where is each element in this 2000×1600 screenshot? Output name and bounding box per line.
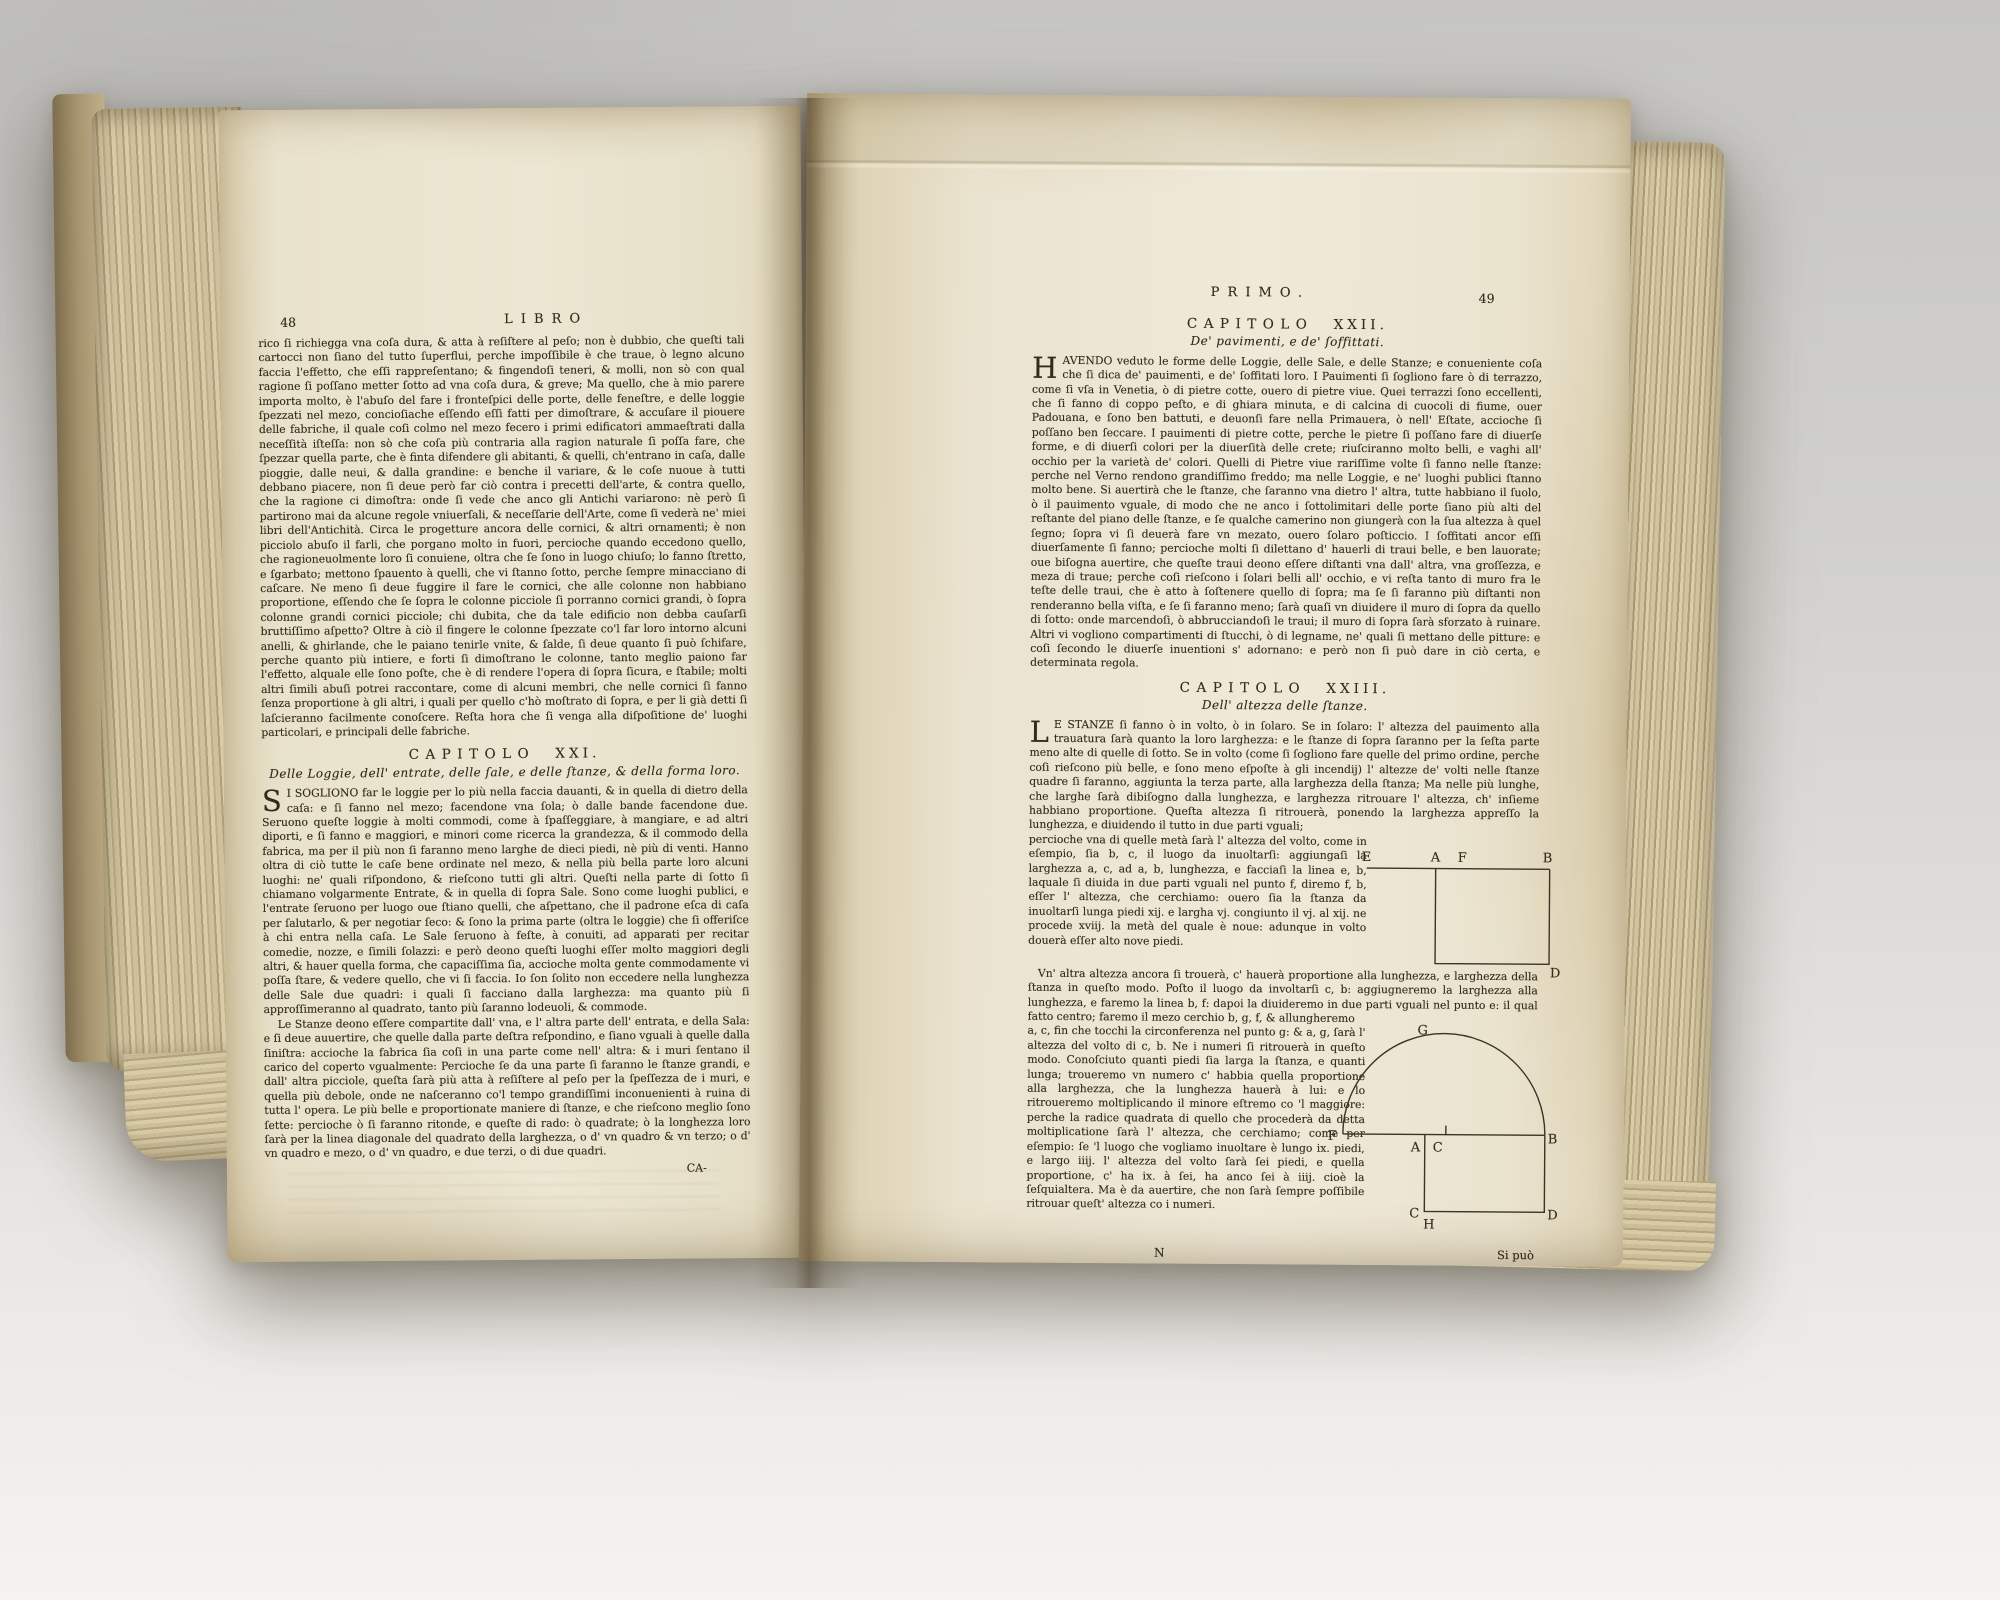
fig1-label-e: E [1362, 850, 1372, 865]
vault-height-diagram-2: G F B A C C H D [1325, 1022, 1563, 1236]
photo-stage: 48 LIBRO rico ſi richiegga vna coſa dura… [0, 0, 2000, 1600]
right-running-head: PRIMO. 49 [1033, 285, 1543, 311]
signature-mark: N [1154, 1246, 1165, 1260]
text-with-figure-2: a, c, fin che tocchi la circonferenza ne… [1026, 1024, 1537, 1242]
dropcap-l: L [1030, 717, 1054, 743]
vault-height-diagram-1: E A F B D [1358, 845, 1561, 980]
right-running-title: PRIMO. [1211, 286, 1310, 301]
fig1-label-f: F [1458, 851, 1467, 866]
fig2-label-a: A [1410, 1141, 1421, 1156]
right-catchword: Si può [1497, 1248, 1534, 1263]
right-page-footline: N Si può [1026, 1243, 1536, 1267]
fig2-label-b: B [1548, 1133, 1558, 1148]
chapter-21-paragraph-1: SI SOGLIONO far le loggie per lo più nel… [262, 783, 750, 1017]
chapter-22-numeral: XXII. [1334, 317, 1389, 333]
dropcap-h: H [1032, 354, 1062, 380]
fig2-label-g: G [1417, 1024, 1427, 1039]
chapter-23-paragraph-2-narrow: a, c, fin che tocchi la circonferenza ne… [1026, 1024, 1365, 1214]
right-text-column: PRIMO. 49 CAPITOLOXXII. De' pavimenti, e… [1026, 285, 1543, 1267]
chapter-23-paragraph-1-narrow: percioche vna di quelle metà ſarà l' alt… [1028, 833, 1367, 951]
book-gutter-shadow [755, 98, 859, 1288]
right-page: PRIMO. 49 CAPITOLOXXII. De' pavimenti, e… [799, 93, 1631, 1267]
fig2-label-d: D [1547, 1209, 1558, 1224]
left-page: 48 LIBRO rico ſi richiegga vna coſa dura… [218, 106, 809, 1263]
left-running-title: LIBRO [504, 312, 588, 327]
chapter-23-numeral: XXIII. [1326, 681, 1390, 697]
left-text-column: 48 LIBRO rico ſi richiegga vna coſa dura… [258, 311, 751, 1179]
right-page-number: 49 [1479, 292, 1495, 307]
chapter-21-heading: CAPITOLOXXI. [262, 746, 748, 764]
text-with-figure-1: percioche vna di quelle metà ſarà l' alt… [1028, 833, 1539, 971]
fig1-label-a: A [1430, 850, 1441, 865]
chapter-23-subtitle: Dell' altezza delle ſtanze. [1030, 697, 1540, 715]
chapter-22-heading: CAPITOLOXXII. [1032, 316, 1542, 334]
left-running-head: 48 LIBRO [258, 311, 744, 337]
chapter-22-subtitle: De' pavimenti, e de' ſoffittati. [1032, 333, 1542, 351]
left-page-number: 48 [280, 316, 296, 331]
open-book: 48 LIBRO rico ſi richiegga vna coſa dura… [55, 50, 1727, 1290]
chapter-23-heading: CAPITOLOXXIII. [1030, 679, 1540, 697]
chapter-23-paragraph-1-full: LE STANZE ſi fanno ò in volto, ò in ſola… [1029, 717, 1540, 836]
fig1-label-d: D [1550, 966, 1561, 980]
chapter-21-subtitle: Delle Loggie, dell' entrate, delle ſale,… [262, 763, 748, 781]
fig2-label-c-bottom: C [1409, 1207, 1419, 1222]
chapter-22-paragraph: HAVENDO veduto le forme delle Loggie, de… [1030, 354, 1542, 674]
dropcap-s: S [262, 787, 287, 813]
left-continuation-paragraph: rico ſi richiegga vna coſa dura, & atta … [258, 333, 747, 740]
fig2-label-f: F [1328, 1129, 1337, 1144]
chapter-21-paragraph-2: Le Stanze deono eſſere compartite dall' … [264, 1014, 751, 1162]
fig1-label-b: B [1543, 851, 1553, 866]
fig2-label-h: H [1423, 1218, 1434, 1233]
chapter-21-numeral: XXI. [555, 746, 600, 762]
fig2-label-c-top: C [1433, 1141, 1443, 1156]
